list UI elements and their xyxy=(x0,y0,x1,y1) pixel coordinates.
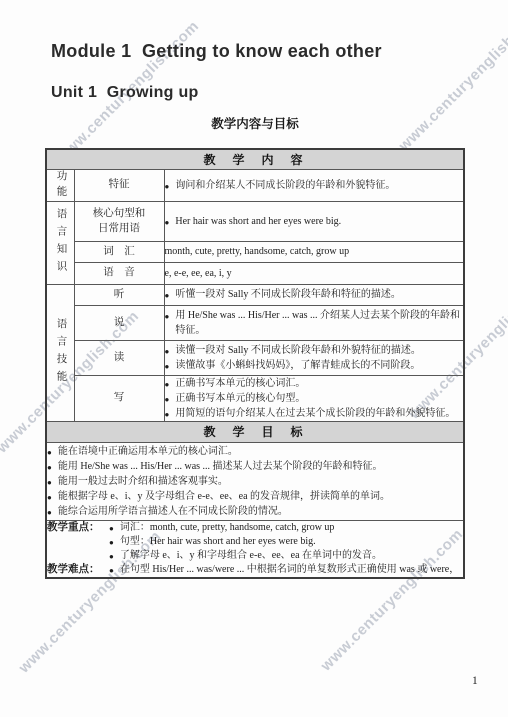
module-title: Module 1 Getting to know each other xyxy=(51,41,382,62)
bullet-item: ●读懂故事《小蝌蚪找妈妈》，了解青蛙成长的不同阶段。 xyxy=(165,358,464,373)
bullet-dot-icon: ● xyxy=(47,475,52,490)
table-row: 语言技能 听 ●听懂一段对 Sally 不同成长阶段年龄和特征的描述。 xyxy=(46,284,464,305)
bullet-text: 听懂一段对 Sally 不同成长阶段年龄和特征的描述。 xyxy=(175,287,463,302)
teaching-content-table: 教 学 内 容 功能 特征 ●询问和介绍某人不同成长阶段的年龄和外貌特征。 语言… xyxy=(45,148,465,579)
bullet-item: ●Her hair was short and her eyes were bi… xyxy=(165,214,464,229)
table-row: 说 ●用 He/She was ... His/Her ... was ... … xyxy=(46,305,464,340)
bullet-dot-icon: ● xyxy=(47,505,52,520)
bullet-text: 用简短的语句介绍某人在过去某个成长阶段的年龄和外貌特征。 xyxy=(175,406,463,421)
table-row: 功能 特征 ●询问和介绍某人不同成长阶段的年龄和外貌特征。 xyxy=(46,169,464,201)
bullet-dot-icon: ● xyxy=(165,179,170,194)
bullet-text: 询问和介绍某人不同成长阶段的年龄和外貌特征。 xyxy=(175,178,463,193)
row-label-reading: 读 xyxy=(74,340,164,375)
bullet-item: ●词汇：month, cute, pretty, handsome, catch… xyxy=(109,521,463,535)
bullet-text: 能在语境中正确运用本单元的核心词汇。 xyxy=(58,444,463,459)
bullet-item: ●句型：Her hair was short and her eyes were… xyxy=(109,535,463,549)
key-points-list: ●词汇：month, cute, pretty, handsome, catch… xyxy=(109,521,463,563)
row-label-listening: 听 xyxy=(74,284,164,305)
difficult-points-group: 教学难点： ●在句型 His/Her ... was/were ... 中根据名… xyxy=(47,563,463,577)
bullet-item: ●用 He/She was ... His/Her ... was ... 介绍… xyxy=(165,308,464,338)
table-row: 词 汇 month, cute, pretty, handsome, catch… xyxy=(46,241,464,262)
key-points-label: 教学重点： xyxy=(47,521,109,563)
writing-content: ●正确书写本单元的核心词汇。●正确书写本单元的核心句型。●用简短的语句介绍某人在… xyxy=(164,375,464,421)
bullet-item: ●能综合运用所学语言描述人在不同成长阶段的情况。 xyxy=(47,504,463,519)
table-header-teaching-content: 教 学 内 容 xyxy=(46,149,464,169)
row-label-core-sentences: 核心句型和 日常用语 xyxy=(74,201,164,241)
bullet-dot-icon: ● xyxy=(47,460,52,475)
bullet-text: Her hair was short and her eyes were big… xyxy=(175,214,463,229)
row-label-vocabulary: 词 汇 xyxy=(74,241,164,262)
group-label-text: 语言知识 xyxy=(55,208,66,278)
key-difficult-points-cell: 教学重点： ●词汇：month, cute, pretty, handsome,… xyxy=(46,520,464,578)
group-label-language-knowledge: 语言知识 xyxy=(46,201,74,284)
bullet-item: ●询问和介绍某人不同成长阶段的年龄和外貌特征。 xyxy=(165,178,464,193)
objectives-list: ●能在语境中正确运用本单元的核心词汇。●能用 He/She was ... Hi… xyxy=(46,442,464,520)
bullet-text: 正确书写本单元的核心句型。 xyxy=(175,391,463,406)
bullet-item: ●在句型 His/Her ... was/were ... 中根据名词的单复数形… xyxy=(109,563,463,577)
scanned-document-page: { "page": { "module_title": "Module 1 Ge… xyxy=(0,0,508,717)
bullet-text: 了解字母 e、i、y 和字母组合 e-e、ee、ea 在单词中的发音。 xyxy=(120,549,463,563)
bullet-dot-icon: ● xyxy=(165,344,170,359)
bullet-dot-icon: ● xyxy=(47,490,52,505)
bullet-dot-icon: ● xyxy=(47,445,52,460)
section-title: 教学内容与目标 xyxy=(45,114,465,132)
bullet-dot-icon: ● xyxy=(165,392,170,407)
table-row: ●能在语境中正确运用本单元的核心词汇。●能用 He/She was ... Hi… xyxy=(46,442,464,520)
key-points-group: 教学重点： ●词汇：month, cute, pretty, handsome,… xyxy=(47,521,463,563)
watermark-text: www.centuryenglish.com xyxy=(396,6,508,155)
bullet-text: 能用 He/She was ... His/Her ... was ... 描述… xyxy=(58,459,463,474)
bullet-item: ●正确书写本单元的核心词汇。 xyxy=(165,376,464,391)
difficult-points-label: 教学难点： xyxy=(47,563,109,577)
bullet-dot-icon: ● xyxy=(165,309,170,324)
group-label-text: 功能 xyxy=(55,170,66,201)
bullet-item: ●了解字母 e、i、y 和字母组合 e-e、ee、ea 在单词中的发音。 xyxy=(109,549,463,563)
table-row: 教学重点： ●词汇：month, cute, pretty, handsome,… xyxy=(46,520,464,578)
bullet-dot-icon: ● xyxy=(109,522,114,536)
unit-title: Unit 1 Growing up xyxy=(51,84,199,102)
bullet-item: ●听懂一段对 Sally 不同成长阶段年龄和特征的描述。 xyxy=(165,287,464,302)
bullet-dot-icon: ● xyxy=(109,550,114,564)
row-label-speaking: 说 xyxy=(74,305,164,340)
phonics-content: e, e-e, ee, ea, i, y xyxy=(164,262,464,284)
bullet-dot-icon: ● xyxy=(165,407,170,422)
bullet-dot-icon: ● xyxy=(165,359,170,374)
table-row: 读 ●读懂一段对 Sally 不同成长阶段年龄和外貌特征的描述。●读懂故事《小蝌… xyxy=(46,340,464,375)
group-label-function: 功能 xyxy=(46,169,74,201)
vocabulary-content: month, cute, pretty, handsome, catch, gr… xyxy=(164,241,464,262)
features-content: ●询问和介绍某人不同成长阶段的年龄和外貌特征。 xyxy=(164,169,464,201)
row-label-writing: 写 xyxy=(74,375,164,421)
bullet-dot-icon: ● xyxy=(165,377,170,392)
bullet-text: 能综合运用所学语言描述人在不同成长阶段的情况。 xyxy=(58,504,463,519)
bullet-item: ●能根据字母 e、i、y 及字母组合 e-e、ee、ea 的发音规律，拼读简单的… xyxy=(47,489,463,504)
speaking-content: ●用 He/She was ... His/Her ... was ... 介绍… xyxy=(164,305,464,340)
bullet-text: 正确书写本单元的核心词汇。 xyxy=(175,376,463,391)
bullet-item: ●正确书写本单元的核心句型。 xyxy=(165,391,464,406)
row-label-features: 特征 xyxy=(74,169,164,201)
bullet-text: 能用一般过去时介绍和描述客观事实。 xyxy=(58,474,463,489)
table-row: 写 ●正确书写本单元的核心词汇。●正确书写本单元的核心句型。●用简短的语句介绍某… xyxy=(46,375,464,421)
bullet-item: ●能用 He/She was ... His/Her ... was ... 描… xyxy=(47,459,463,474)
bullet-text: 用 He/She was ... His/Her ... was ... 介绍某… xyxy=(175,308,463,338)
bullet-text: 能根据字母 e、i、y 及字母组合 e-e、ee、ea 的发音规律，拼读简单的单… xyxy=(58,489,463,504)
bullet-dot-icon: ● xyxy=(165,215,170,230)
bullet-dot-icon: ● xyxy=(165,288,170,303)
bullet-text: 句型：Her hair was short and her eyes were … xyxy=(120,535,463,549)
table-row: 语 音 e, e-e, ee, ea, i, y xyxy=(46,262,464,284)
bullet-item: ●能用一般过去时介绍和描述客观事实。 xyxy=(47,474,463,489)
group-label-language-skills: 语言技能 xyxy=(46,284,74,421)
page-number: 1 xyxy=(472,675,478,687)
row-label-phonics: 语 音 xyxy=(74,262,164,284)
bullet-text: 读懂故事《小蝌蚪找妈妈》，了解青蛙成长的不同阶段。 xyxy=(175,358,463,373)
bullet-text: 在句型 His/Her ... was/were ... 中根据名词的单复数形式… xyxy=(120,563,463,577)
difficult-points-list: ●在句型 His/Her ... was/were ... 中根据名词的单复数形… xyxy=(109,563,463,577)
table-row: 语言知识 核心句型和 日常用语 ●Her hair was short and … xyxy=(46,201,464,241)
listening-content: ●听懂一段对 Sally 不同成长阶段年龄和特征的描述。 xyxy=(164,284,464,305)
core-sentences-content: ●Her hair was short and her eyes were bi… xyxy=(164,201,464,241)
bullet-text: 词汇：month, cute, pretty, handsome, catch,… xyxy=(120,521,463,535)
bullet-dot-icon: ● xyxy=(109,536,114,550)
table-header-teaching-objectives: 教 学 目 标 xyxy=(46,421,464,442)
group-label-text: 语言技能 xyxy=(55,318,66,388)
reading-content: ●读懂一段对 Sally 不同成长阶段年龄和外貌特征的描述。●读懂故事《小蝌蚪找… xyxy=(164,340,464,375)
bullet-dot-icon: ● xyxy=(109,564,114,578)
bullet-item: ●读懂一段对 Sally 不同成长阶段年龄和外貌特征的描述。 xyxy=(165,343,464,358)
bullet-item: ●能在语境中正确运用本单元的核心词汇。 xyxy=(47,444,463,459)
bullet-text: 读懂一段对 Sally 不同成长阶段年龄和外貌特征的描述。 xyxy=(175,343,463,358)
bullet-item: ●用简短的语句介绍某人在过去某个成长阶段的年龄和外貌特征。 xyxy=(165,406,464,421)
